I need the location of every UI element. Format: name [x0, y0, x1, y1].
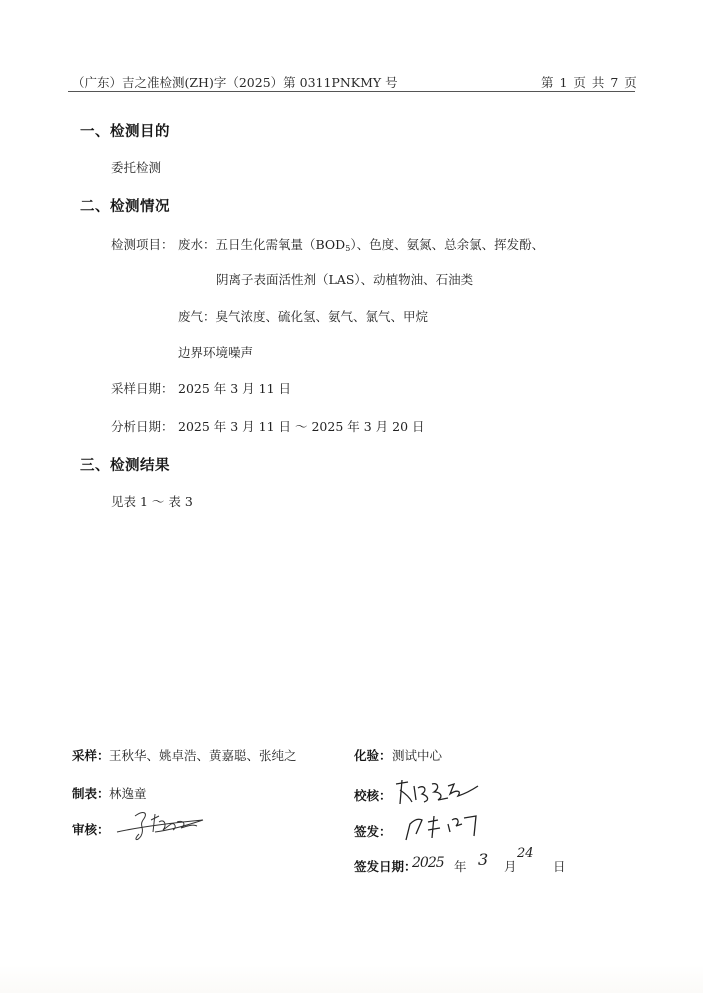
header-divider — [68, 91, 635, 92]
items-label: 检测项目： — [111, 235, 174, 253]
issue-date-label: 签发日期： — [354, 857, 417, 875]
exhaust-items: 臭气浓度、硫化氢、氨气、氯气、甲烷 — [216, 309, 429, 324]
lab-name: 测试中心 — [392, 746, 442, 764]
wastewater-label: 废水： — [178, 237, 216, 252]
page-info: 第 1 页 共 7 页 — [541, 73, 637, 91]
purpose-content: 委托检测 — [111, 158, 161, 176]
prepared-by-name: 林逸童 — [109, 784, 147, 802]
prepared-by-label: 制表： — [72, 784, 110, 802]
issue-month-handwritten: 3 — [478, 850, 488, 869]
issue-day-handwritten: 24 — [517, 846, 534, 861]
issuer-label: 签发： — [354, 822, 392, 840]
wastewater-items-post: ）、色度、氨氮、总余氯、挥发酚、 — [350, 237, 544, 252]
issue-year-handwritten: 2025 — [412, 855, 444, 871]
issuer-signature — [398, 810, 483, 844]
sampling-date: 2025 年 3 月 11 日 — [178, 379, 291, 397]
day-unit: 日 — [553, 857, 566, 875]
reviewer-signature — [115, 806, 210, 846]
section-title-purpose: 一、检测目的 — [80, 120, 170, 141]
sampling-staff-label: 采样： — [72, 746, 110, 764]
report-number: （广东）吉之准检测(ZH)字（2025）第 0311PNKMY 号 — [72, 73, 398, 91]
sampling-date-label: 采样日期： — [111, 379, 174, 397]
analysis-date-label: 分析日期： — [111, 417, 174, 435]
exhaust-line: 废气：臭气浓度、硫化氢、氨气、氯气、甲烷 — [178, 307, 428, 325]
wastewater-items-pre: 五日生化需氧量（BOD — [216, 237, 346, 252]
exhaust-label: 废气： — [178, 309, 216, 324]
wastewater-line-1: 废水：五日生化需氧量（BOD5）、色度、氨氮、总余氯、挥发酚、 — [178, 235, 544, 253]
scan-edge — [0, 965, 703, 993]
section-title-results: 三、检测结果 — [80, 454, 170, 475]
analysis-date: 2025 年 3 月 11 日 ～ 2025 年 3 月 20 日 — [178, 417, 425, 435]
checker-signature — [392, 776, 482, 810]
noise-item: 边界环境噪声 — [178, 343, 253, 361]
month-unit: 月 — [504, 857, 517, 875]
results-content: 见表 1 ～ 表 3 — [111, 492, 193, 510]
wastewater-line-2: 阴离子表面活性剂（LAS）、动植物油、石油类 — [216, 270, 473, 288]
reviewer-label: 审核： — [72, 820, 110, 838]
lab-label: 化验： — [354, 746, 392, 764]
section-title-situation: 二、检测情况 — [80, 195, 170, 216]
checker-label: 校核： — [354, 786, 392, 804]
sampling-staff-names: 王秋华、姚卓浩、黄嘉聪、张纯之 — [109, 746, 297, 764]
year-unit: 年 — [454, 857, 467, 875]
